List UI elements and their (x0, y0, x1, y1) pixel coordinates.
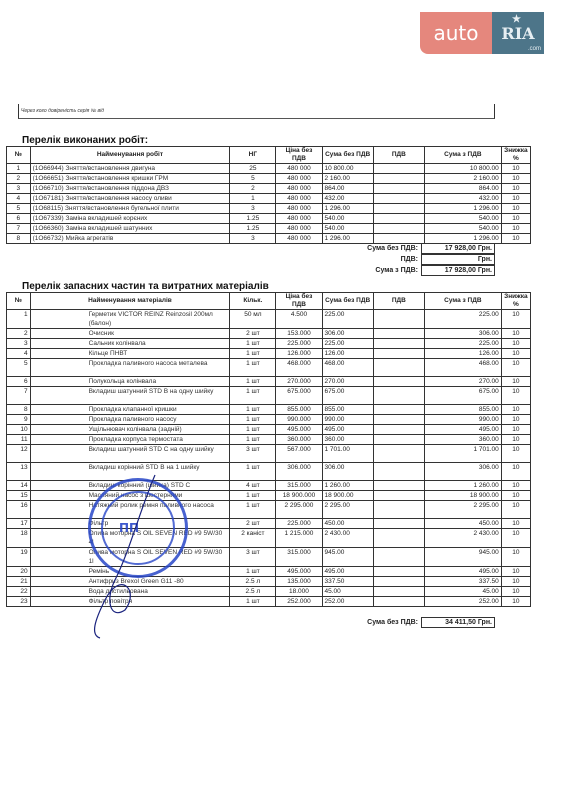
vat (373, 529, 424, 548)
discount: 10 (501, 234, 530, 244)
vat (373, 377, 424, 387)
row-number: 3 (7, 339, 31, 349)
star-icon: ★ (512, 14, 521, 25)
vat (373, 164, 424, 174)
row-number: 3 (7, 184, 31, 194)
discount: 10 (501, 435, 530, 445)
material-name: Вкладиш корінний STD B на 1 шийку (30, 463, 230, 481)
table-row: 12Вкладиш шатунний STD C на одну шийку3 … (7, 445, 531, 463)
discount: 10 (501, 519, 530, 529)
norm-hours: 1.25 (230, 214, 276, 224)
proxy-line: Через кого довіреність серія № від (18, 104, 495, 119)
column-header: ПДВ (373, 293, 424, 310)
discount: 10 (501, 194, 530, 204)
quantity: 1 шт (230, 359, 276, 377)
sum-no-vat: 675.00 (322, 387, 373, 405)
column-header: НГ (230, 147, 276, 164)
sum-with-vat: 468.00 (424, 359, 501, 377)
quantity: 1 шт (230, 567, 276, 577)
total-label: Сума без ПДВ: (367, 245, 421, 252)
price-no-vat: 4.500 (276, 310, 322, 329)
sum-no-vat: 337.50 (322, 577, 373, 587)
sum-with-vat: 1 701.00 (424, 445, 501, 463)
discount: 10 (501, 529, 530, 548)
quantity: 4 шт (230, 481, 276, 491)
work-name: (1O68115) Зняття/встановлення бугельної … (30, 204, 230, 214)
work-name: (1O66732) Мийка агрегатів (30, 234, 230, 244)
quantity: 1 шт (230, 377, 276, 387)
total-row: Сума без ПДВ:34 411,50 Грн. (330, 617, 495, 628)
logo-ria-text: ★ RIA .com (492, 12, 544, 54)
row-number: 7 (7, 224, 31, 234)
work-name: (1O67181) Зняття/встановлення насосу оли… (30, 194, 230, 204)
sum-no-vat: 252.00 (322, 597, 373, 607)
logo-auto-text: auto (420, 12, 492, 54)
sum-no-vat: 468.00 (322, 359, 373, 377)
sum-no-vat: 126.00 (322, 349, 373, 359)
material-name: Масляний насос з шестернями (30, 491, 230, 501)
logo-com-label: .com (528, 46, 541, 52)
discount: 10 (501, 184, 530, 194)
price-no-vat: 252.000 (276, 597, 322, 607)
price-no-vat: 675.000 (276, 387, 322, 405)
price-no-vat: 480 000 (276, 224, 322, 234)
sum-with-vat: 10 800.00 (424, 164, 501, 174)
sum-with-vat: 306.00 (424, 329, 501, 339)
table-row: 6Полукольца колінвала1 шт270.000270.0027… (7, 377, 531, 387)
column-header: Найменування робіт (30, 147, 230, 164)
column-header: Знижка % (501, 147, 530, 164)
materials-totals: Сума без ПДВ:34 411,50 Грн. (330, 617, 495, 628)
column-header: Сума з ПДВ (424, 293, 501, 310)
sum-no-vat: 495.00 (322, 425, 373, 435)
sum-with-vat: 45.00 (424, 587, 501, 597)
column-header: Знижка % (501, 293, 530, 310)
vat (373, 214, 424, 224)
vat (373, 577, 424, 587)
norm-hours: 3 (230, 234, 276, 244)
vat (373, 463, 424, 481)
material-name: Очисник (30, 329, 230, 339)
sum-no-vat: 10 800.00 (322, 164, 373, 174)
table-row: 17Фільтр2 шт225.000450.00450.0010 (7, 519, 531, 529)
table-row: 15Масляний насос з шестернями1 шт18 900.… (7, 491, 531, 501)
row-number: 13 (7, 463, 31, 481)
row-number: 16 (7, 501, 31, 519)
discount: 10 (501, 359, 530, 377)
sum-with-vat: 864.00 (424, 184, 501, 194)
discount: 10 (501, 339, 530, 349)
row-number: 17 (7, 519, 31, 529)
vat (373, 435, 424, 445)
row-number: 1 (7, 164, 31, 174)
works-table: №Найменування робітНГЦіна без ПДВСума бе… (6, 146, 531, 244)
quantity: 2.5 л (230, 577, 276, 587)
quantity: 1 шт (230, 501, 276, 519)
column-header: Ціна без ПДВ (276, 293, 322, 310)
table-row: 3Сальник колінвала1 шт225.000225.00225.0… (7, 339, 531, 349)
quantity: 1 шт (230, 597, 276, 607)
sum-with-vat: 1 296.00 (424, 204, 501, 214)
sum-no-vat: 990.00 (322, 415, 373, 425)
material-name: Фільтр повітря (30, 597, 230, 607)
vat (373, 491, 424, 501)
material-name: Прокладка клапанної кришки (30, 405, 230, 415)
table-row: 10Ущільнювач колінвала (задній)1 шт495.0… (7, 425, 531, 435)
quantity: 2 шт (230, 519, 276, 529)
column-header: Найменування матеріалів (30, 293, 230, 310)
vat (373, 567, 424, 577)
price-no-vat: 480 000 (276, 234, 322, 244)
quantity: 2 шт (230, 329, 276, 339)
quantity: 2.5 л (230, 587, 276, 597)
work-name: (1O66360) Заміна вкладишей шатунних (30, 224, 230, 234)
works-header-row: №Найменування робітНГЦіна без ПДВСума бе… (7, 147, 531, 164)
column-header: Сума без ПДВ (322, 293, 373, 310)
sum-with-vat: 540.00 (424, 214, 501, 224)
material-name: Прокладка корпуса термостата (30, 435, 230, 445)
quantity: 3 шт (230, 445, 276, 463)
table-row: 4(1O67181) Зняття/встановлення насосу ол… (7, 194, 531, 204)
column-header: Ціна без ПДВ (276, 147, 322, 164)
quantity: 1 шт (230, 491, 276, 501)
row-number: 2 (7, 329, 31, 339)
sum-with-vat: 1 260.00 (424, 481, 501, 491)
vat (373, 405, 424, 415)
price-no-vat: 18 900.000 (276, 491, 322, 501)
quantity: 1 шт (230, 415, 276, 425)
table-row: 8Прокладка клапанної кришки1 шт855.00085… (7, 405, 531, 415)
sum-no-vat: 1 701.00 (322, 445, 373, 463)
sum-with-vat: 252.00 (424, 597, 501, 607)
sum-no-vat: 945.00 (322, 548, 373, 567)
price-no-vat: 315.000 (276, 481, 322, 491)
discount: 10 (501, 174, 530, 184)
table-row: 9Прокладка паливного насосу1 шт990.00099… (7, 415, 531, 425)
vat (373, 194, 424, 204)
row-number: 6 (7, 214, 31, 224)
row-number: 1 (7, 310, 31, 329)
norm-hours: 1 (230, 194, 276, 204)
material-name: Олива моторна S OIL SEVEN RED #9 5W/30 1… (30, 548, 230, 567)
sum-no-vat: 306.00 (322, 329, 373, 339)
vat (373, 234, 424, 244)
row-number: 5 (7, 359, 31, 377)
total-value: 34 411,50 Грн. (421, 617, 495, 628)
price-no-vat: 135.000 (276, 577, 322, 587)
price-no-vat: 855.000 (276, 405, 322, 415)
table-row: 11Прокладка корпуса термостата1 шт360.00… (7, 435, 531, 445)
material-name: Вода дистильована (30, 587, 230, 597)
material-name: Олива моторна S OIL SEVEN RED #9 5W/30 4… (30, 529, 230, 548)
sum-with-vat: 855.00 (424, 405, 501, 415)
discount: 10 (501, 587, 530, 597)
table-row: 14Вкладиш корінний (шийка) STD C4 шт315.… (7, 481, 531, 491)
sum-with-vat: 360.00 (424, 435, 501, 445)
table-row: 7(1O66360) Заміна вкладишей шатунних1.25… (7, 224, 531, 234)
quantity: 50 мл (230, 310, 276, 329)
sum-no-vat: 1 260.00 (322, 481, 373, 491)
table-row: 1(1O66944) Зняття/встановлення двигуна25… (7, 164, 531, 174)
discount: 10 (501, 377, 530, 387)
sum-no-vat: 540.00 (322, 224, 373, 234)
table-row: 18Олива моторна S OIL SEVEN RED #9 5W/30… (7, 529, 531, 548)
price-no-vat: 468.000 (276, 359, 322, 377)
sum-with-vat: 18 900.00 (424, 491, 501, 501)
row-number: 10 (7, 425, 31, 435)
material-name: Сальник колінвала (30, 339, 230, 349)
sum-no-vat: 432.00 (322, 194, 373, 204)
sum-no-vat: 1 296.00 (322, 234, 373, 244)
materials-header-row: №Найменування матеріалівКільк.Ціна без П… (7, 293, 531, 310)
sum-no-vat: 855.00 (322, 405, 373, 415)
discount: 10 (501, 501, 530, 519)
vat (373, 174, 424, 184)
norm-hours: 3 (230, 204, 276, 214)
sum-with-vat: 2 430.00 (424, 529, 501, 548)
discount: 10 (501, 164, 530, 174)
sum-no-vat: 306.00 (322, 463, 373, 481)
material-name: Полукольца колінвала (30, 377, 230, 387)
quantity: 1 шт (230, 405, 276, 415)
discount: 10 (501, 548, 530, 567)
discount: 10 (501, 597, 530, 607)
row-number: 4 (7, 349, 31, 359)
row-number: 8 (7, 234, 31, 244)
price-no-vat: 126.000 (276, 349, 322, 359)
vat (373, 310, 424, 329)
price-no-vat: 480 000 (276, 204, 322, 214)
discount: 10 (501, 577, 530, 587)
sum-with-vat: 126.00 (424, 349, 501, 359)
vat (373, 415, 424, 425)
row-number: 21 (7, 577, 31, 587)
vat (373, 387, 424, 405)
table-row: 6(1O67339) Заміна вкладишей корєних1.254… (7, 214, 531, 224)
price-no-vat: 480 000 (276, 174, 322, 184)
sum-with-vat: 540.00 (424, 224, 501, 234)
price-no-vat: 480 000 (276, 164, 322, 174)
work-name: (1O66944) Зняття/встановлення двигуна (30, 164, 230, 174)
row-number: 4 (7, 194, 31, 204)
vat (373, 339, 424, 349)
material-name: Прокладка паливного насосу (30, 415, 230, 425)
total-label: Сума без ПДВ: (367, 619, 421, 626)
sum-with-vat: 1 296.00 (424, 234, 501, 244)
discount: 10 (501, 425, 530, 435)
sum-with-vat: 2 295.00 (424, 501, 501, 519)
table-row: 4Кільце ПНВТ1 шт126.000126.00126.0010 (7, 349, 531, 359)
sum-no-vat: 360.00 (322, 435, 373, 445)
quantity: 1 шт (230, 463, 276, 481)
row-number: 5 (7, 204, 31, 214)
vat (373, 519, 424, 529)
sum-no-vat: 2 430.00 (322, 529, 373, 548)
norm-hours: 5 (230, 174, 276, 184)
vat (373, 597, 424, 607)
sum-no-vat: 225.00 (322, 339, 373, 349)
sum-with-vat: 432.00 (424, 194, 501, 204)
total-value: Грн. (421, 254, 495, 265)
price-no-vat: 360.000 (276, 435, 322, 445)
price-no-vat: 315.000 (276, 548, 322, 567)
vat (373, 445, 424, 463)
row-number: 12 (7, 445, 31, 463)
quantity: 1 шт (230, 435, 276, 445)
sum-with-vat: 2 160.00 (424, 174, 501, 184)
vat (373, 184, 424, 194)
discount: 10 (501, 415, 530, 425)
total-value: 17 928,00 Грн. (421, 265, 495, 276)
discount: 10 (501, 463, 530, 481)
quantity: 2 каніст (230, 529, 276, 548)
material-name: Вкладиш шатунний STD C на одну шийку (30, 445, 230, 463)
table-row: 7Вкладиш шатунний STD B на одну шийку1 ш… (7, 387, 531, 405)
table-row: 21Антифриз Brexol Green G11 -802.5 л135.… (7, 577, 531, 587)
sum-no-vat: 225.00 (322, 310, 373, 329)
quantity: 3 шт (230, 548, 276, 567)
table-row: 5Прокладка паливного насоса металева1 шт… (7, 359, 531, 377)
price-no-vat: 225.000 (276, 519, 322, 529)
discount: 10 (501, 405, 530, 415)
sum-no-vat: 270.00 (322, 377, 373, 387)
discount: 10 (501, 224, 530, 234)
table-row: 19Олива моторна S OIL SEVEN RED #9 5W/30… (7, 548, 531, 567)
material-name: Кільце ПНВТ (30, 349, 230, 359)
row-number: 8 (7, 405, 31, 415)
column-header: № (7, 147, 31, 164)
material-name: Натяжний ролик ремня паливного насоса (30, 501, 230, 519)
autoria-logo[interactable]: auto ★ RIA .com (420, 12, 544, 54)
discount: 10 (501, 567, 530, 577)
sum-no-vat: 45.00 (322, 587, 373, 597)
material-name: Ремінь (30, 567, 230, 577)
table-row: 8(1O66732) Мийка агрегатів3480 0001 296.… (7, 234, 531, 244)
row-number: 11 (7, 435, 31, 445)
column-header: ПДВ (373, 147, 424, 164)
total-row: ПДВ:Грн. (330, 254, 495, 265)
norm-hours: 1.25 (230, 224, 276, 234)
norm-hours: 25 (230, 164, 276, 174)
vat (373, 224, 424, 234)
table-row: 22Вода дистильована2.5 л18.00045.0045.00… (7, 587, 531, 597)
quantity: 1 шт (230, 387, 276, 405)
price-no-vat: 480 000 (276, 194, 322, 204)
norm-hours: 2 (230, 184, 276, 194)
price-no-vat: 480 000 (276, 214, 322, 224)
row-number: 6 (7, 377, 31, 387)
table-row: 1Герметик VICTOR REINZ Reinzosil 200мл (… (7, 310, 531, 329)
vat (373, 548, 424, 567)
table-row: 20Ремінь1 шт495.000495.00495.0010 (7, 567, 531, 577)
vat (373, 349, 424, 359)
sum-with-vat: 495.00 (424, 425, 501, 435)
table-row: 3(1O66710) Зняття/встановлення піддона Д… (7, 184, 531, 194)
price-no-vat: 1 215.000 (276, 529, 322, 548)
sum-no-vat: 2 295.00 (322, 501, 373, 519)
discount: 10 (501, 387, 530, 405)
logo-ria-label: RIA (501, 24, 534, 43)
discount: 10 (501, 481, 530, 491)
material-name: Ущільнювач колінвала (задній) (30, 425, 230, 435)
sum-no-vat: 540.00 (322, 214, 373, 224)
sum-no-vat: 864.00 (322, 184, 373, 194)
sum-with-vat: 990.00 (424, 415, 501, 425)
row-number: 7 (7, 387, 31, 405)
row-number: 14 (7, 481, 31, 491)
works-title: Перелік виконаних робіт: (22, 135, 148, 146)
vat (373, 425, 424, 435)
total-row: Сума без ПДВ:17 928,00 Грн. (330, 243, 495, 254)
discount: 10 (501, 204, 530, 214)
sum-with-vat: 306.00 (424, 463, 501, 481)
row-number: 20 (7, 567, 31, 577)
sum-with-vat: 270.00 (424, 377, 501, 387)
discount: 10 (501, 349, 530, 359)
table-row: 5(1O68115) Зняття/встановлення бугельної… (7, 204, 531, 214)
price-no-vat: 495.000 (276, 425, 322, 435)
materials-title: Перелік запасних частин та витратних мат… (22, 281, 269, 292)
table-row: 13Вкладиш корінний STD B на 1 шийку1 шт3… (7, 463, 531, 481)
column-header: № (7, 293, 31, 310)
material-name: Антифриз Brexol Green G11 -80 (30, 577, 230, 587)
price-no-vat: 480 000 (276, 184, 322, 194)
row-number: 23 (7, 597, 31, 607)
column-header: Сума з ПДВ (424, 147, 501, 164)
total-label: Сума з ПДВ: (375, 267, 421, 274)
row-number: 15 (7, 491, 31, 501)
column-header: Кільк. (230, 293, 276, 310)
vat (373, 481, 424, 491)
discount: 10 (501, 329, 530, 339)
row-number: 18 (7, 529, 31, 548)
sum-no-vat: 450.00 (322, 519, 373, 529)
discount: 10 (501, 214, 530, 224)
quantity: 1 шт (230, 349, 276, 359)
total-row: Сума з ПДВ:17 928,00 Грн. (330, 265, 495, 276)
price-no-vat: 306.000 (276, 463, 322, 481)
vat (373, 359, 424, 377)
vat (373, 329, 424, 339)
sum-no-vat: 18 900.00 (322, 491, 373, 501)
row-number: 9 (7, 415, 31, 425)
sum-no-vat: 1 296.00 (322, 204, 373, 214)
price-no-vat: 567.000 (276, 445, 322, 463)
table-row: 2(1O66651) Зняття/встановлення кришки ГР… (7, 174, 531, 184)
quantity: 1 шт (230, 339, 276, 349)
sum-with-vat: 225.00 (424, 310, 501, 329)
row-number: 2 (7, 174, 31, 184)
price-no-vat: 18.000 (276, 587, 322, 597)
sum-with-vat: 337.50 (424, 577, 501, 587)
discount: 10 (501, 310, 530, 329)
material-name: Вкладиш корінний (шийка) STD C (30, 481, 230, 491)
materials-table: №Найменування матеріалівКільк.Ціна без П… (6, 292, 531, 607)
discount: 10 (501, 491, 530, 501)
table-row: 23Фільтр повітря1 шт252.000252.00252.001… (7, 597, 531, 607)
table-row: 16Натяжний ролик ремня паливного насоса1… (7, 501, 531, 519)
sum-with-vat: 675.00 (424, 387, 501, 405)
work-name: (1O66710) Зняття/встановлення піддона ДВ… (30, 184, 230, 194)
sum-no-vat: 495.00 (322, 567, 373, 577)
row-number: 19 (7, 548, 31, 567)
column-header: Сума без ПДВ (322, 147, 373, 164)
total-value: 17 928,00 Грн. (421, 243, 495, 254)
work-name: (1O67339) Заміна вкладишей корєних (30, 214, 230, 224)
works-totals: Сума без ПДВ:17 928,00 Грн.ПДВ:Грн.Сума … (330, 243, 495, 276)
sum-with-vat: 945.00 (424, 548, 501, 567)
price-no-vat: 225.000 (276, 339, 322, 349)
